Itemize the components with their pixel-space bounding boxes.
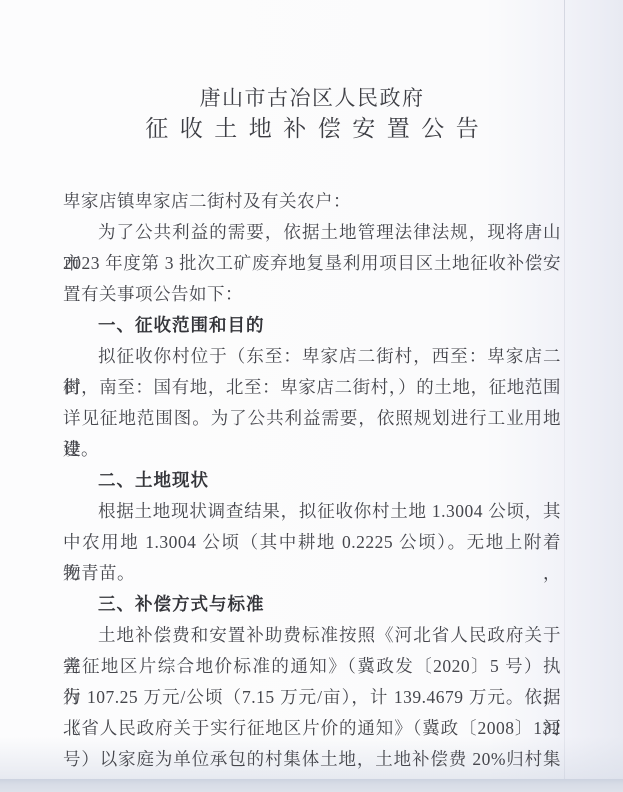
paragraph-line: 2023 年度第 3 批次工矿废弃地复垦利用项目区土地征收补偿安 (63, 248, 561, 279)
document-title-issuer: 唐山市古冶区人民政府 (63, 84, 561, 112)
paragraph-line: 土地补偿费和安置补助费标准按照《河北省人民政府关于完 (63, 620, 561, 651)
paragraph-line: 拟征收你村位于（东至：卑家店二街村，西至：卑家店二街 (63, 341, 561, 372)
document-title-subject: 征收土地补偿安置公告 (63, 114, 561, 144)
section-heading: 一、征收范围和目的 (63, 310, 561, 341)
document-body: 卑家店镇卑家店二街村及有关农户： 为了公共利益的需要，依据土地管理法律法规，现将… (63, 186, 561, 775)
paragraph-line: 详见征地范围图。为了公共利益需要，依照规划进行工业用地建 (63, 403, 561, 434)
paragraph-line: 设。 (63, 434, 561, 465)
paragraph-line: 村，南至：国有地，北至：卑家店二街村，）的土地，征地范围 (63, 372, 561, 403)
scanner-bed-band (0, 779, 623, 792)
document-content: 唐山市古冶区人民政府 征收土地补偿安置公告 卑家店镇卑家店二街村及有关农户： 为… (63, 84, 561, 775)
paragraph-line: 置有关事项公告如下： (63, 279, 561, 310)
paragraph-line: 为 107.25 万元/公顷（7.15 万元/亩），计 139.4679 万元。… (63, 682, 561, 713)
paragraph-line: 为了公共利益的需要，依据土地管理法律法规，现将唐山市 (63, 217, 561, 248)
section-heading: 三、补偿方式与标准 (63, 589, 561, 620)
paragraph-line: 北省人民政府关于实行征地区片价的通知》（冀政〔2008〕132 (63, 713, 561, 744)
paragraph-line: 中农用地 1.3004 公顷（其中耕地 0.2225 公顷）。无地上附着物， (63, 527, 561, 558)
scanned-document-page: 唐山市古冶区人民政府 征收土地补偿安置公告 卑家店镇卑家店二街村及有关农户： 为… (0, 0, 623, 792)
paragraph-line: 根据土地现状调查结果，拟征收你村土地 1.3004 公顷，其 (63, 496, 561, 527)
paragraph-line: 善征地区片综合地价标准的通知》（冀政发〔2020〕5 号）执行， (63, 651, 561, 682)
section-heading: 二、土地现状 (63, 465, 561, 496)
page-fold-line (564, 0, 565, 792)
salutation-line: 卑家店镇卑家店二街村及有关农户： (63, 186, 561, 217)
paragraph-line: 号）以家庭为单位承包的村集体土地，土地补偿费 20%归村集体 (63, 744, 561, 775)
